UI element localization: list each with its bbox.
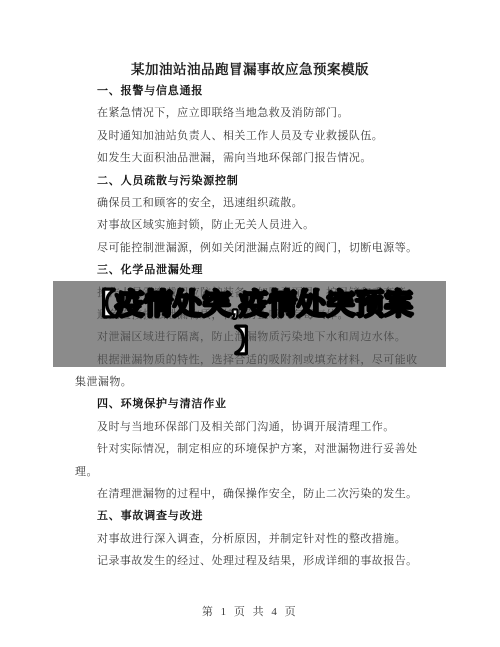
watermark-band: 【疫情处突,疫情处突预案 】 xyxy=(53,281,446,367)
body-line: 对事故进行深入调查，分析原因，并制定针对性的整改措施。 xyxy=(75,528,455,550)
body-line: 针对实际情况，制定相应的环境保护方案，对泄漏物进行妥善处 xyxy=(75,438,455,460)
body-line: 理。 xyxy=(75,461,455,483)
watermark-text-line1: 【疫情处突,疫情处突预案 xyxy=(86,287,413,324)
document-page: 某加油站油品跑冒漏事故应急预案模版 一、报警与信息通报在紧急情况下，应立即联络当… xyxy=(0,0,500,647)
document-title: 某加油站油品跑冒漏事故应急预案模版 xyxy=(40,58,460,78)
section-heading: 三、化学品泄漏处理 xyxy=(75,259,455,281)
body-line: 对事故区域实施封锁，防止无关人员进入。 xyxy=(75,214,455,236)
body-line: 在清理泄漏物的过程中，确保操作安全，防止二次污染的发生。 xyxy=(75,483,455,505)
body-line: 集泄漏物。 xyxy=(75,371,455,393)
section-heading: 二、人员疏散与污染源控制 xyxy=(75,170,455,192)
body-line: 在紧急情况下，应立即联络当地急救及消防部门。 xyxy=(75,102,455,124)
body-line: 及时通知加油站负责人、相关工作人员及专业救援队伍。 xyxy=(75,125,455,147)
body-line: 如发生大面积油品泄漏，需向当地环保部门报告情况。 xyxy=(75,147,455,169)
body-line: 及时与当地环保部门及相关部门沟通，协调开展清理工作。 xyxy=(75,416,455,438)
section-heading: 一、报警与信息通报 xyxy=(75,80,455,102)
body-line: 记录事故发生的经过、处理过程及结果，形成详细的事故报告。 xyxy=(75,550,455,572)
body-line: 尽可能控制泄漏源，例如关闭泄漏点附近的阀门，切断电源等。 xyxy=(75,237,455,259)
body-line: 确保员工和顾客的安全，迅速组织疏散。 xyxy=(75,192,455,214)
section-heading: 四、环境保护与清洁作业 xyxy=(75,393,455,415)
watermark-text-line2: 】 xyxy=(235,324,264,361)
page-number-indicator: 第 1 页 共 4 页 xyxy=(0,603,500,619)
section-heading: 五、事故调查与改进 xyxy=(75,505,455,527)
